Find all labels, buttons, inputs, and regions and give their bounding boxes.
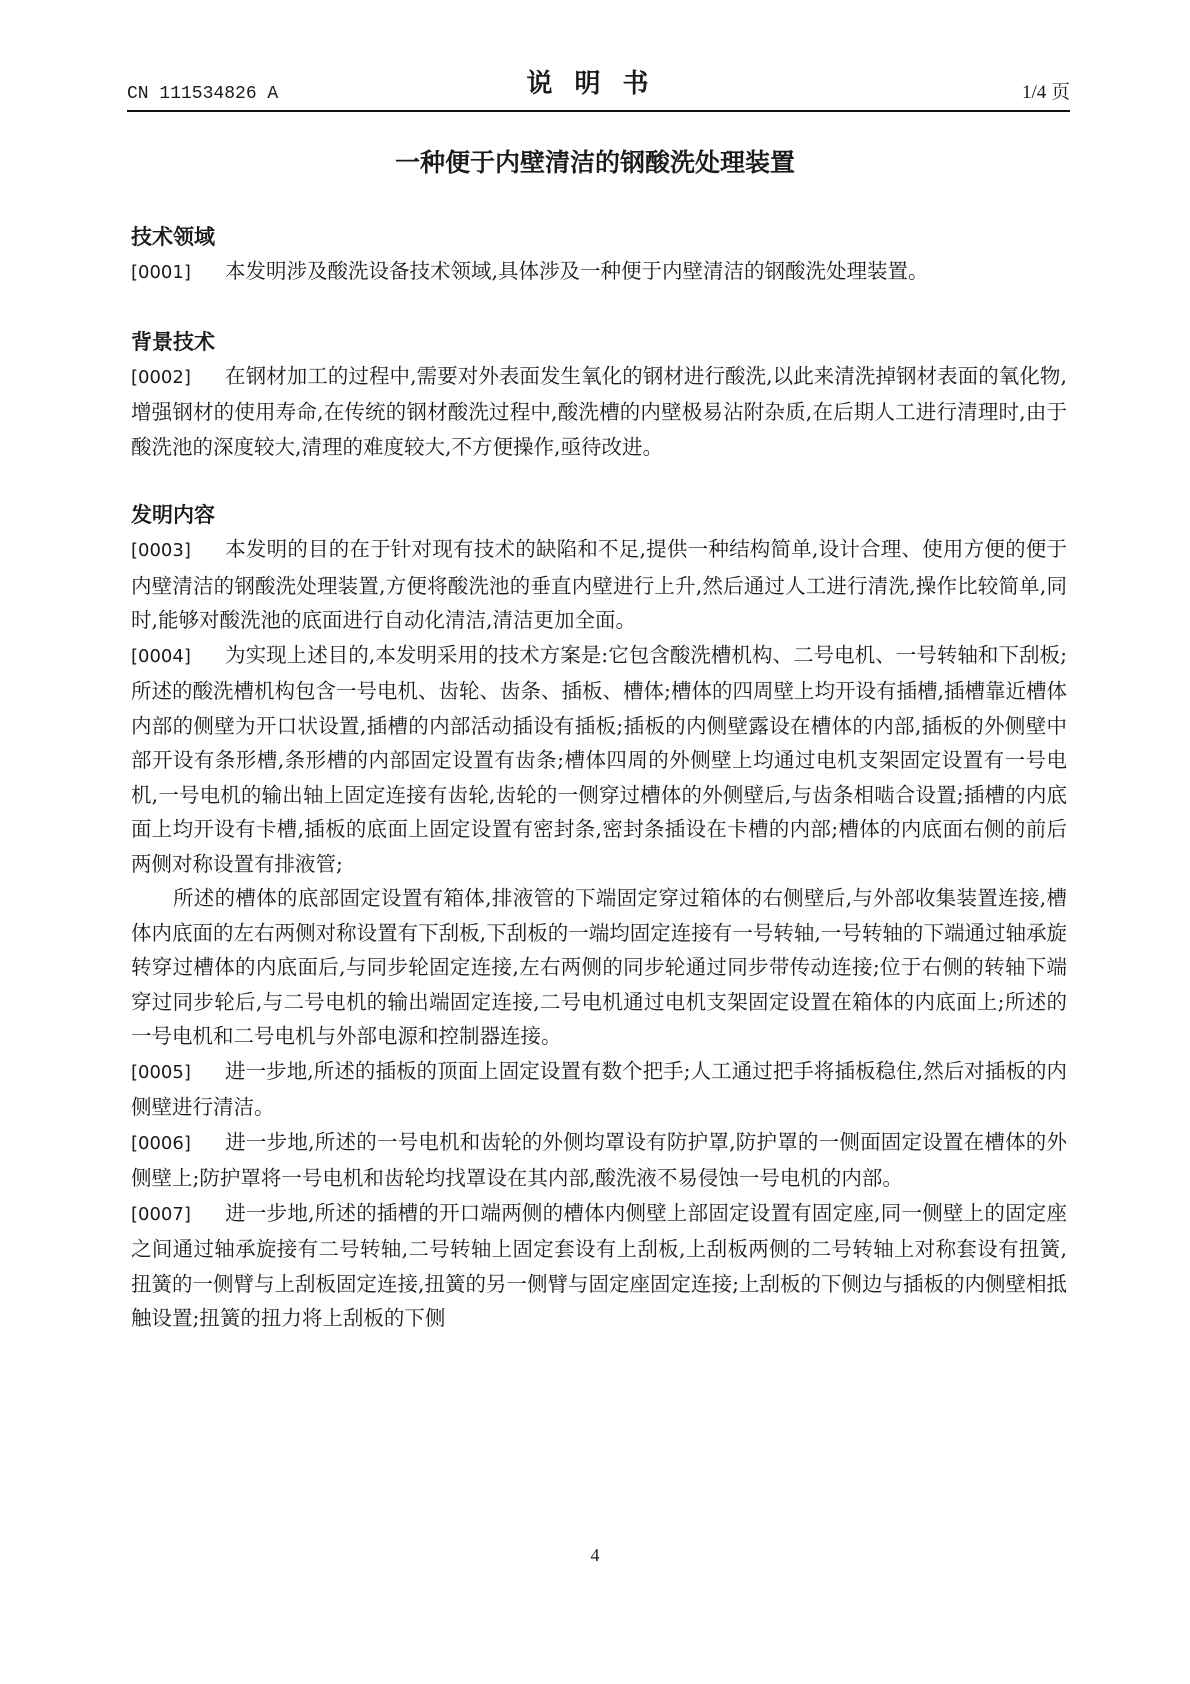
- paragraph-number: [0002]: [131, 361, 225, 396]
- paragraph-text: 本发明涉及酸洗设备技术领域,具体涉及一种便于内壁清洁的钢酸洗处理装置。: [225, 259, 929, 283]
- paragraph: [0006]进一步地,所述的一号电机和齿轮的外侧均罩设有防护罩,防护罩的一侧面固…: [131, 1125, 1067, 1196]
- paragraph: [0003]本发明的目的在于针对现有技术的缺陷和不足,提供一种结构简单,设计合理…: [131, 532, 1067, 638]
- paragraph-number: [0005]: [131, 1056, 225, 1091]
- paragraph-number: [0001]: [131, 256, 225, 291]
- section-heading: 发明内容: [131, 498, 1067, 532]
- paragraph: [0004]为实现上述目的,本发明采用的技术方案是:它包含酸洗槽机构、二号电机、…: [131, 638, 1067, 882]
- section-background: 背景技术 [0002]在钢材加工的过程中,需要对外表面发生氧化的钢材进行酸洗,以…: [131, 325, 1067, 465]
- paragraph: 所述的槽体的底部固定设置有箱体,排液管的下端固定穿过箱体的右侧壁后,与外部收集装…: [131, 881, 1067, 1054]
- document-type: 说明书: [127, 63, 1070, 100]
- paragraph-text: 所述的槽体的底部固定设置有箱体,排液管的下端固定穿过箱体的右侧壁后,与外部收集装…: [131, 886, 1067, 1048]
- paragraph-text: 进一步地,所述的一号电机和齿轮的外侧均罩设有防护罩,防护罩的一侧面固定设置在槽体…: [131, 1130, 1067, 1191]
- paragraph: [0007]进一步地,所述的插槽的开口端两侧的槽体内侧壁上部固定设置有固定座,同…: [131, 1196, 1067, 1336]
- paragraph: [0001]本发明涉及酸洗设备技术领域,具体涉及一种便于内壁清洁的钢酸洗处理装置…: [131, 254, 1067, 291]
- paragraph-text: 在钢材加工的过程中,需要对外表面发生氧化的钢材进行酸洗,以此来清洗掉钢材表面的氧…: [131, 364, 1067, 459]
- spacer: [131, 291, 1067, 325]
- paragraph-text: 进一步地,所述的插槽的开口端两侧的槽体内侧壁上部固定设置有固定座,同一侧壁上的固…: [131, 1201, 1067, 1331]
- paragraph-number: [0007]: [131, 1198, 225, 1233]
- section-heading: 技术领域: [131, 220, 1067, 254]
- section-technical-field: 技术领域 [0001]本发明涉及酸洗设备技术领域,具体涉及一种便于内壁清洁的钢酸…: [131, 220, 1067, 291]
- document-title: 一种便于内壁清洁的钢酸洗处理装置: [0, 143, 1190, 179]
- paragraph-number: [0006]: [131, 1127, 225, 1162]
- paragraph-text: 为实现上述目的,本发明采用的技术方案是:它包含酸洗槽机构、二号电机、一号转轴和下…: [131, 643, 1067, 876]
- paragraph-number: [0004]: [131, 640, 225, 675]
- page-number: 4: [0, 1545, 1190, 1566]
- section-heading: 背景技术: [131, 325, 1067, 359]
- page-header: CN 111534826 A 说明书 1/4 页: [127, 64, 1070, 112]
- spacer: [131, 464, 1067, 498]
- paragraph-number: [0003]: [131, 534, 225, 569]
- paragraph: [0002]在钢材加工的过程中,需要对外表面发生氧化的钢材进行酸洗,以此来清洗掉…: [131, 359, 1067, 465]
- document-body: 技术领域 [0001]本发明涉及酸洗设备技术领域,具体涉及一种便于内壁清洁的钢酸…: [131, 220, 1067, 1336]
- paragraph: [0005]进一步地,所述的插板的顶面上固定设置有数个把手;人工通过把手将插板稳…: [131, 1054, 1067, 1125]
- paragraph-text: 本发明的目的在于针对现有技术的缺陷和不足,提供一种结构简单,设计合理、使用方便的…: [131, 537, 1067, 632]
- page-count: 1/4 页: [1022, 77, 1070, 104]
- section-invention-content: 发明内容 [0003]本发明的目的在于针对现有技术的缺陷和不足,提供一种结构简单…: [131, 498, 1067, 1336]
- paragraph-text: 进一步地,所述的插板的顶面上固定设置有数个把手;人工通过把手将插板稳住,然后对插…: [131, 1059, 1067, 1120]
